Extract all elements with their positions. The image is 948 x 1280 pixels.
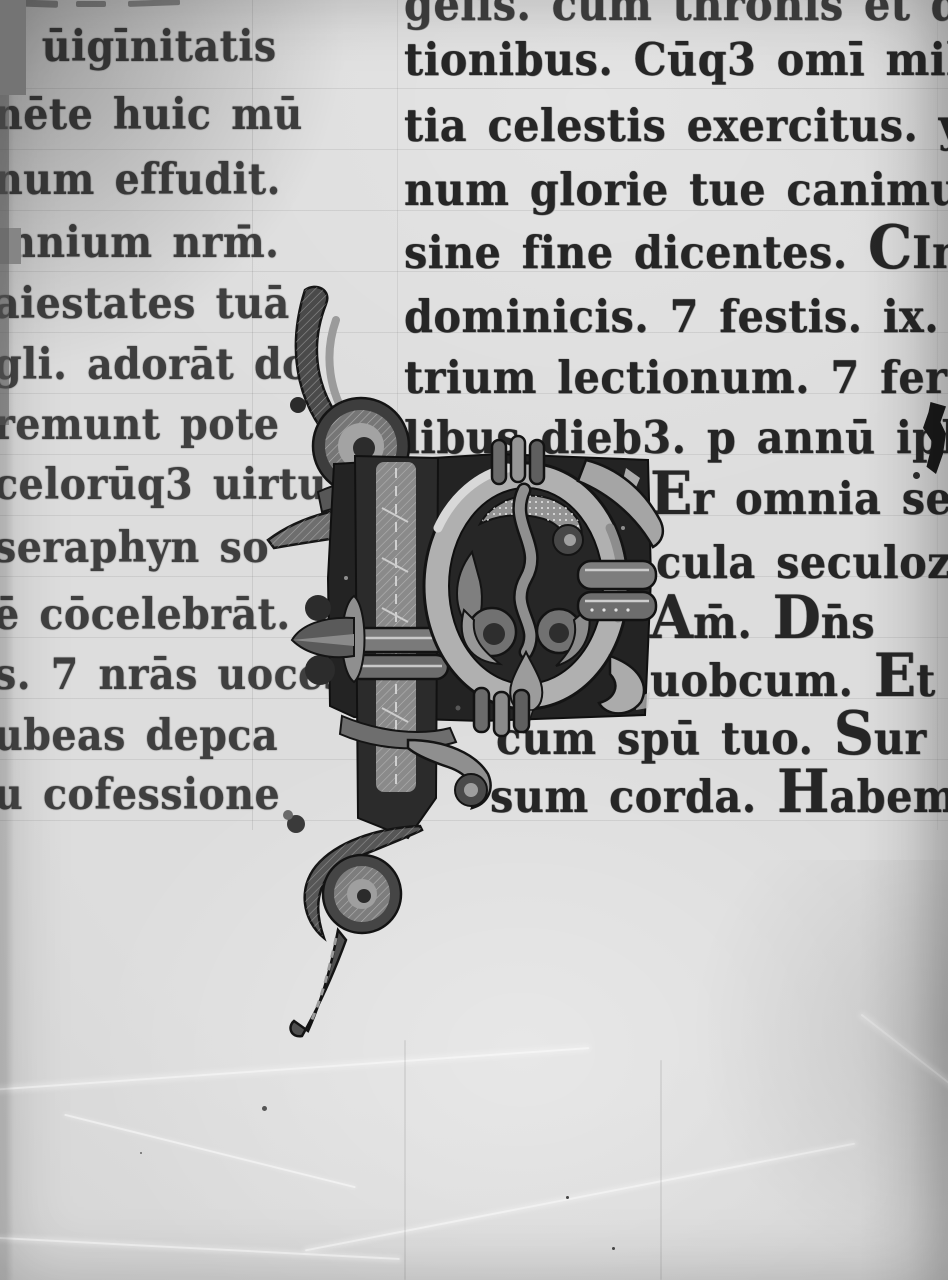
text-span: num effudit. [0, 155, 281, 205]
text-line: Er omnia se [650, 472, 948, 525]
text-span: tionibus. Cūq3 omī mili [404, 33, 948, 86]
clipped-text-remnant [128, 0, 180, 7]
text-span: nēte huic mū [0, 90, 303, 140]
text-span: u cofessione [0, 770, 280, 820]
text-line: num glorie tue canimus. [404, 163, 948, 216]
text-span: ē cōcelebrāt. [0, 590, 291, 640]
versal-letter: S [834, 698, 874, 769]
text-span: 7 ūigīnitatis [0, 22, 277, 72]
text-line: uobcum. Et [650, 654, 936, 707]
text-line: aiestates tuā [0, 279, 290, 329]
text-line: tia celestis exercitus. ym [404, 99, 948, 152]
text-span: t [916, 654, 936, 707]
photo-edge-artifact [0, 95, 9, 425]
text-line: nēte huic mū [0, 90, 303, 140]
text-span: r omnia se [692, 472, 948, 525]
text-span: remunt pote [0, 400, 280, 450]
text-span: ubeas depca [0, 711, 278, 761]
text-span: tia celestis exercitus. ym [404, 99, 948, 152]
text-span: mnium nrm̄. [0, 218, 279, 268]
parchment-crease [660, 1060, 662, 1280]
text-line: ubeas depca [0, 711, 278, 761]
text-span: abem [829, 770, 948, 823]
text-line: mnium nrm̄. [0, 218, 279, 268]
versal-letter: D [773, 582, 821, 653]
ink-speck [140, 1152, 142, 1154]
versal-letter: H [777, 756, 829, 827]
ink-speck [262, 1106, 267, 1111]
text-span: ur [874, 712, 927, 765]
clipped-text-remnant [76, 1, 106, 7]
text-span: n̄s [821, 596, 875, 649]
text-span: m̄. [693, 596, 773, 649]
parchment-crease [0, 1047, 589, 1091]
text-line: tionibus. Cūq3 omī mili [404, 33, 948, 86]
margin-dot [913, 472, 920, 479]
manuscript-photo: 7 ūigīnitatisnēte huic mūnum effudit.mni… [0, 0, 948, 1280]
parchment-crease [861, 1014, 948, 1139]
ink-speck [612, 1247, 615, 1250]
text-line: 7 ūigīnitatis [0, 22, 277, 72]
photo-edge-artifact [0, 0, 26, 95]
versal-letter: C [868, 212, 912, 283]
text-line: num effudit. [0, 155, 281, 205]
text-span: sine fine dicentes. [404, 226, 868, 279]
text-line: ē cōcelebrāt. [0, 590, 291, 640]
parchment-crease [305, 1143, 855, 1252]
text-span: gelis. cum thronis et dnia [404, 0, 948, 31]
text-line: remunt pote [0, 400, 280, 450]
text-span: num glorie tue canimus. [404, 163, 948, 216]
text-line: Am̄. Dn̄s [650, 596, 875, 649]
text-line: u cofessione [0, 770, 280, 820]
text-line: gelis. cum thronis et dnia [404, 0, 948, 31]
parchment-crease [64, 1114, 356, 1189]
illuminated-initial-p-icon [258, 278, 668, 1043]
text-span: aiestates tuā [0, 279, 290, 329]
text-line: seraphyn so [0, 523, 269, 573]
parchment-crease [0, 1236, 400, 1260]
text-span: In [912, 226, 948, 279]
text-line: sine fine dicentes. CIn [404, 226, 948, 279]
illuminated-initial-p [258, 278, 668, 1043]
versal-letter: E [874, 640, 916, 711]
ink-speck [566, 1196, 569, 1199]
parchment-crease [404, 1040, 406, 1280]
text-span: seraphyn so [0, 523, 269, 573]
